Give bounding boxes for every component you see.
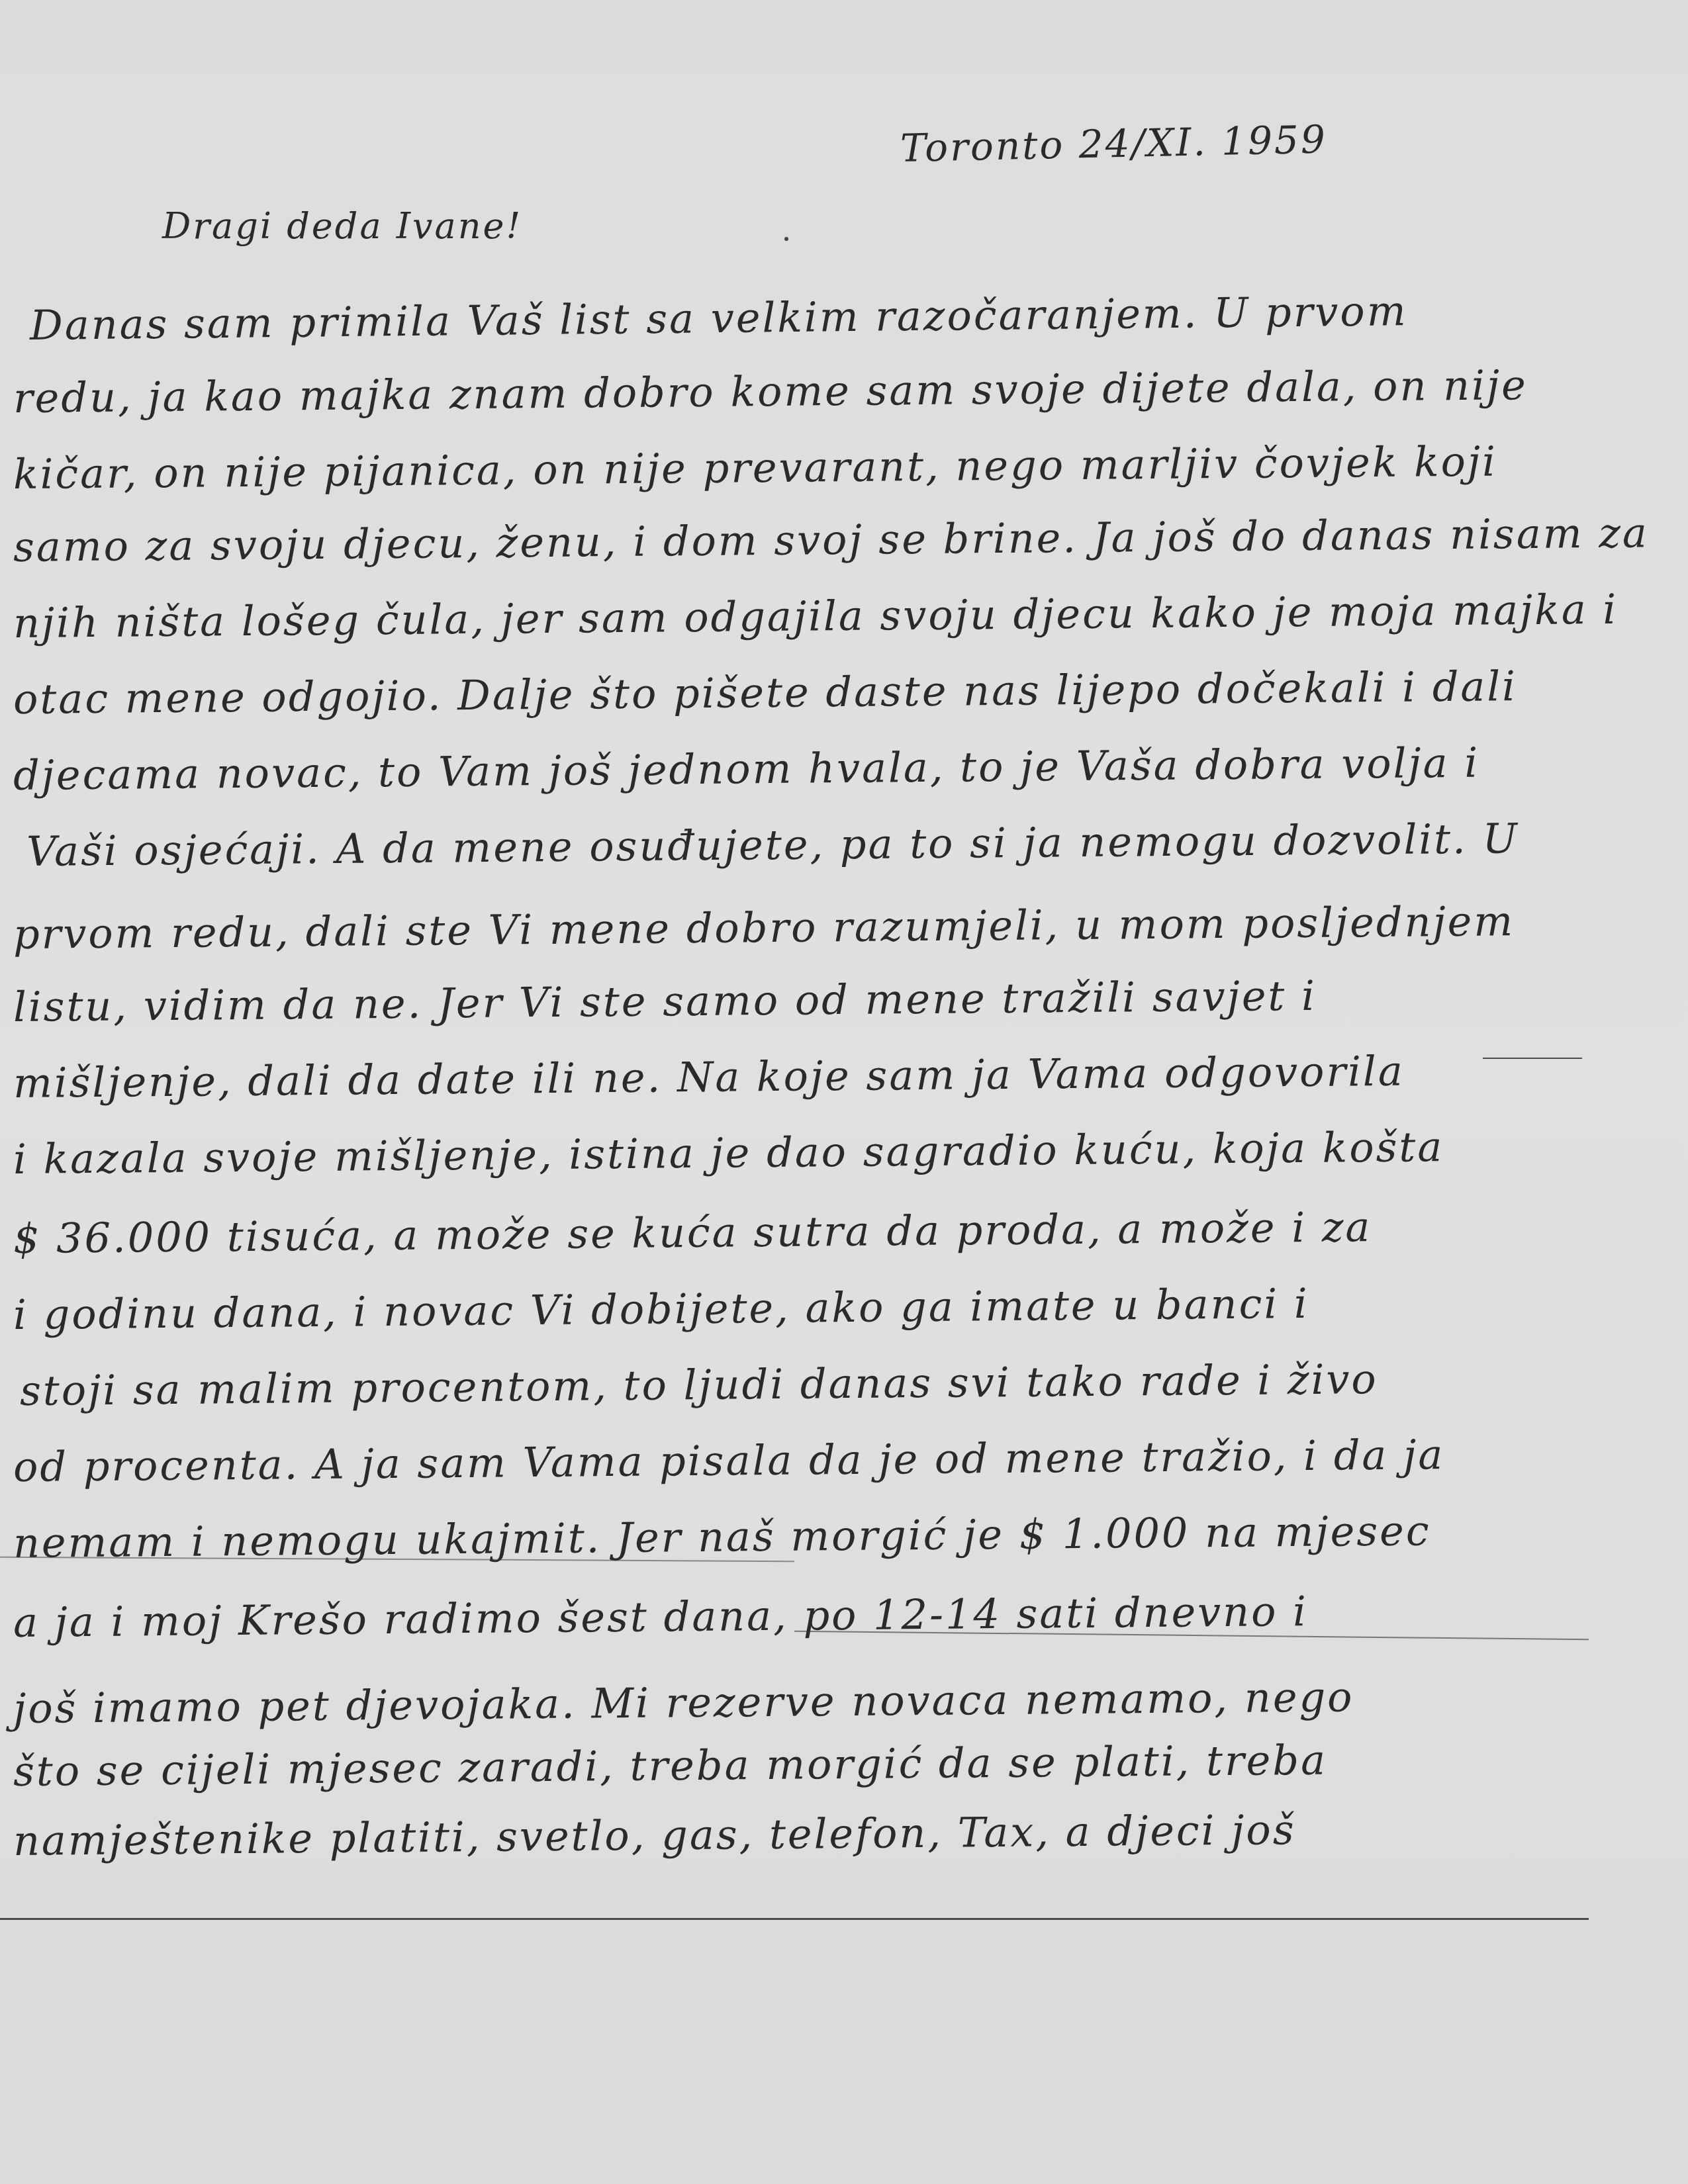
bottom-rule bbox=[0, 1918, 1589, 1920]
letter-salutation: Dragi deda Ivane! bbox=[162, 205, 522, 247]
letter-line-8: Vaši osjećaji. A da mene osuđujete, pa t… bbox=[26, 813, 1603, 876]
letter-line-9: prvom redu, dali ste Vi mene dobro razum… bbox=[13, 896, 1589, 958]
letter-line-20: što se cijeli mjesec zaradi, treba morgi… bbox=[13, 1733, 1589, 1796]
stray-mark bbox=[784, 237, 788, 241]
letter-line-16: od procenta. A ja sam Vama pisala da je … bbox=[13, 1429, 1589, 1491]
letter-line-14: i godinu dana, i novac Vi dobijete, ako … bbox=[13, 1277, 1589, 1339]
letter-line-1: Danas sam primila Vaš list sa velkim raz… bbox=[30, 285, 1606, 349]
letter-line-21: namještenike platiti, svetlo, gas, telef… bbox=[13, 1803, 1589, 1865]
letter-line-6: otac mene odgojio. Dalje što pišete dast… bbox=[13, 661, 1589, 723]
letter-line-2: redu, ja kao majka znam dobro kome sam s… bbox=[13, 360, 1589, 422]
letter-line-5: njih ništa lošeg čula, jer sam odgajila … bbox=[13, 585, 1589, 647]
letter-line-19: još imamo pet djevojaka. Mi rezerve nova… bbox=[13, 1670, 1589, 1733]
letter-line-4: samo za svoju djecu, ženu, i dom svoj se… bbox=[13, 509, 1589, 571]
letter-line-15: stoji sa malim procentom, to ljudi danas… bbox=[20, 1353, 1596, 1415]
letter-page: Toronto 24/XI. 1959 Dragi deda Ivane! Da… bbox=[0, 0, 1688, 2184]
letter-line-11: mišljenje, dali da date ili ne. Na koje … bbox=[13, 1045, 1589, 1107]
letter-line-10: listu, vidim da ne. Jer Vi ste samo od m… bbox=[13, 969, 1589, 1031]
letter-place-date: Toronto 24/XI. 1959 bbox=[900, 117, 1327, 171]
letter-line-7: djecama novac, to Vam još jednom hvala, … bbox=[13, 737, 1589, 799]
letter-line-13: $ 36.000 tisuća, a može se kuća sutra da… bbox=[13, 1201, 1589, 1263]
letter-line-12: i kazala svoje mišljenje, istina je dao … bbox=[13, 1121, 1589, 1183]
letter-line-3: kičar, on nije pijanica, on nije prevara… bbox=[13, 436, 1589, 498]
